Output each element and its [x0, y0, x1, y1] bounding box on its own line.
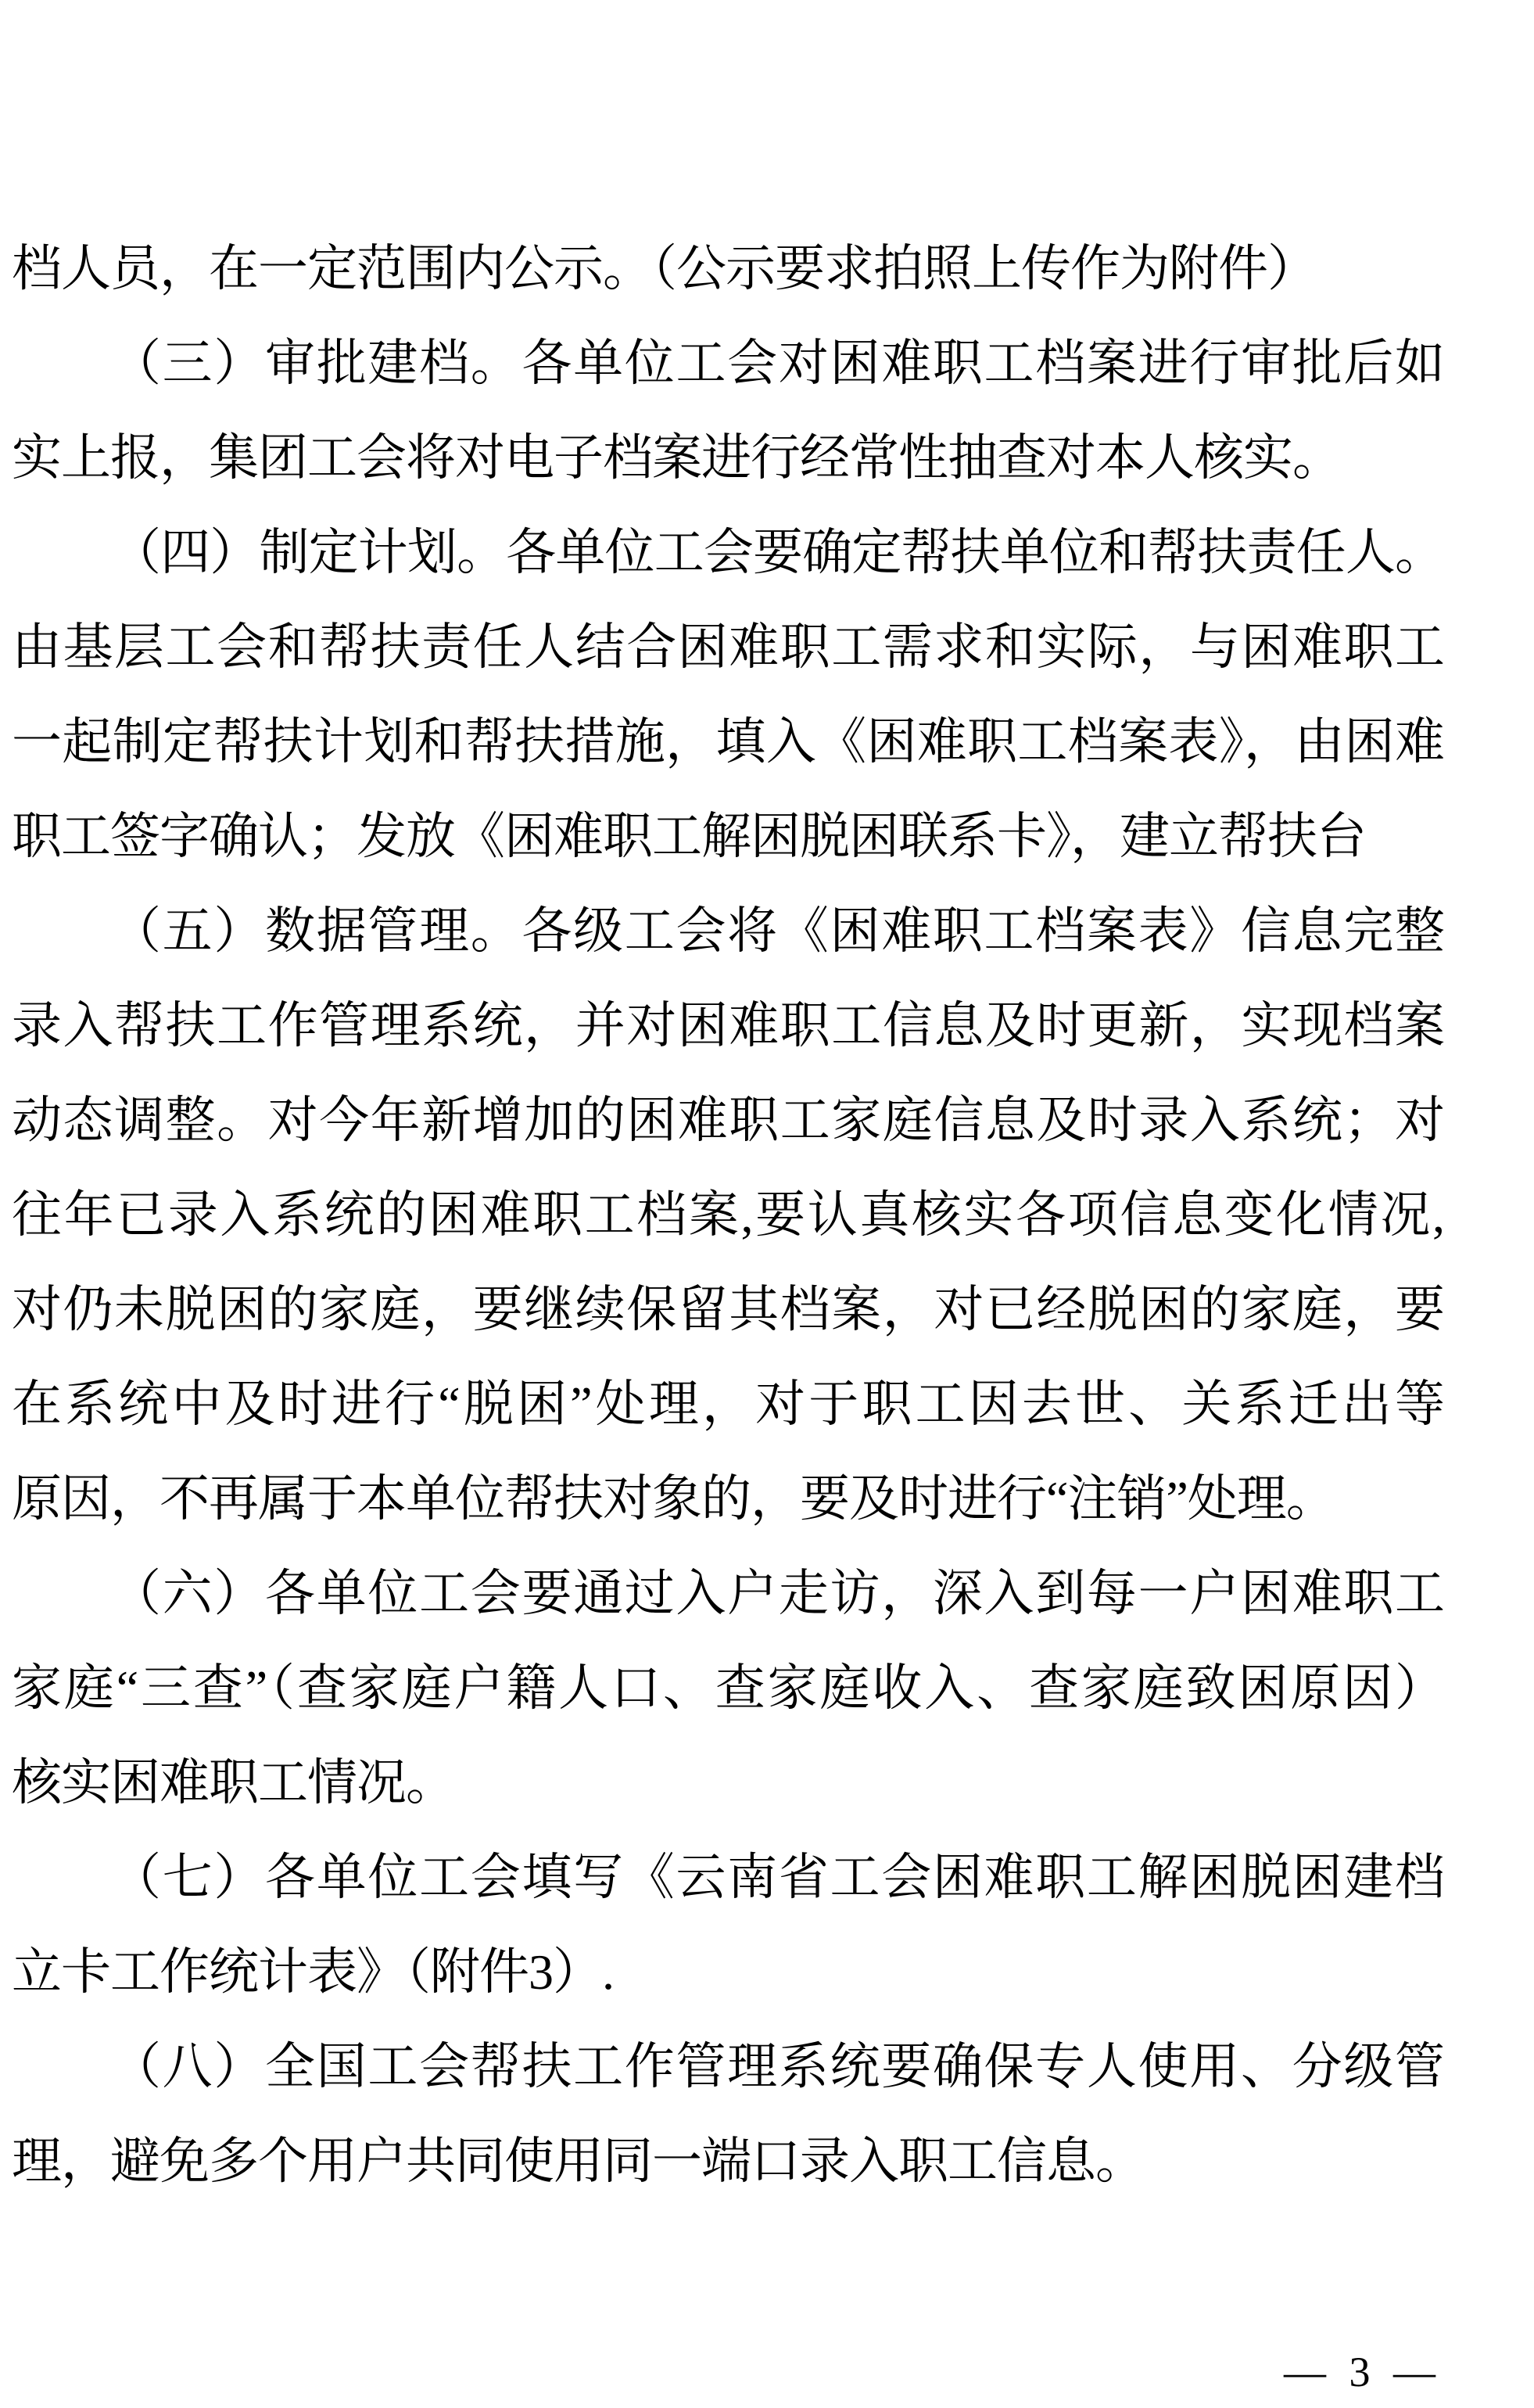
body-text-line: 对仍未脱困的家庭，要继续保留其档案，对已经脱困的家庭，要: [12, 1262, 1444, 1357]
body-text-line: （八）全国工会帮扶工作管理系统要确保专人使用、分级管: [12, 2019, 1444, 2114]
body-text-line: 一起制定帮扶计划和帮扶措施，填入《困难职工档案表》，由困难: [12, 694, 1444, 789]
document-page: 档人员，在一定范围内公示。（公示要求拍照上传作为附件） （三）审批建档。各单位工…: [0, 0, 1534, 2408]
body-text-line: 档人员，在一定范围内公示。（公示要求拍照上传作为附件）: [12, 221, 1444, 316]
body-text-line: 职工签字确认；发放《困难职工解困脱困联系卡》，建立帮扶台账。: [12, 789, 1444, 884]
body-text-line: （七）各单位工会填写《云南省工会困难职工解困脱困建档: [12, 1830, 1444, 1925]
body-text-line: 实上报，集团工会将对电子档案进行经常性抽查对本人核实。: [12, 411, 1444, 505]
body-text-line: 理，避免多个用户共同使用同一端口录入职工信息。: [12, 2114, 1444, 2209]
page-number: — 3 —: [1284, 2345, 1442, 2399]
body-text-line: 往年已录入系统的困难职工档案,要认真核实各项信息变化情况,: [12, 1168, 1444, 1262]
body-text-line: （三）审批建档。各单位工会对困难职工档案进行审批后如: [12, 316, 1444, 411]
body-text-line: （四）制定计划。各单位工会要确定帮扶单位和帮扶责任人。: [12, 505, 1444, 600]
body-text-line: 录入帮扶工作管理系统，并对困难职工信息及时更新，实现档案: [12, 978, 1444, 1073]
body-text-line: 家庭“三查”（查家庭户籍人口、查家庭收入、查家庭致困原因）: [12, 1641, 1444, 1735]
body-text-line: 在系统中及时进行“脱困”处理，对于职工因去世、关系迁出等: [12, 1357, 1444, 1452]
body-text-line: （五）数据管理。各级工会将《困难职工档案表》信息完整: [12, 884, 1444, 978]
body-text-line: 动态调整。对今年新增加的困难职工家庭信息及时录入系统；对: [12, 1073, 1444, 1168]
body-text-block: 档人员，在一定范围内公示。（公示要求拍照上传作为附件） （三）审批建档。各单位工…: [12, 221, 1444, 2209]
body-text-line: （六）各单位工会要通过入户走访，深入到每一户困难职工: [12, 1546, 1444, 1641]
body-text-line: 核实困难职工情况。: [12, 1735, 1444, 1830]
body-text-line: 原因，不再属于本单位帮扶对象的，要及时进行“注销”处理。: [12, 1452, 1444, 1546]
body-text-line: 立卡工作统计表》（附件3）.: [12, 1925, 1444, 2019]
body-text-line: 由基层工会和帮扶责任人结合困难职工需求和实际，与困难职工: [12, 600, 1444, 694]
